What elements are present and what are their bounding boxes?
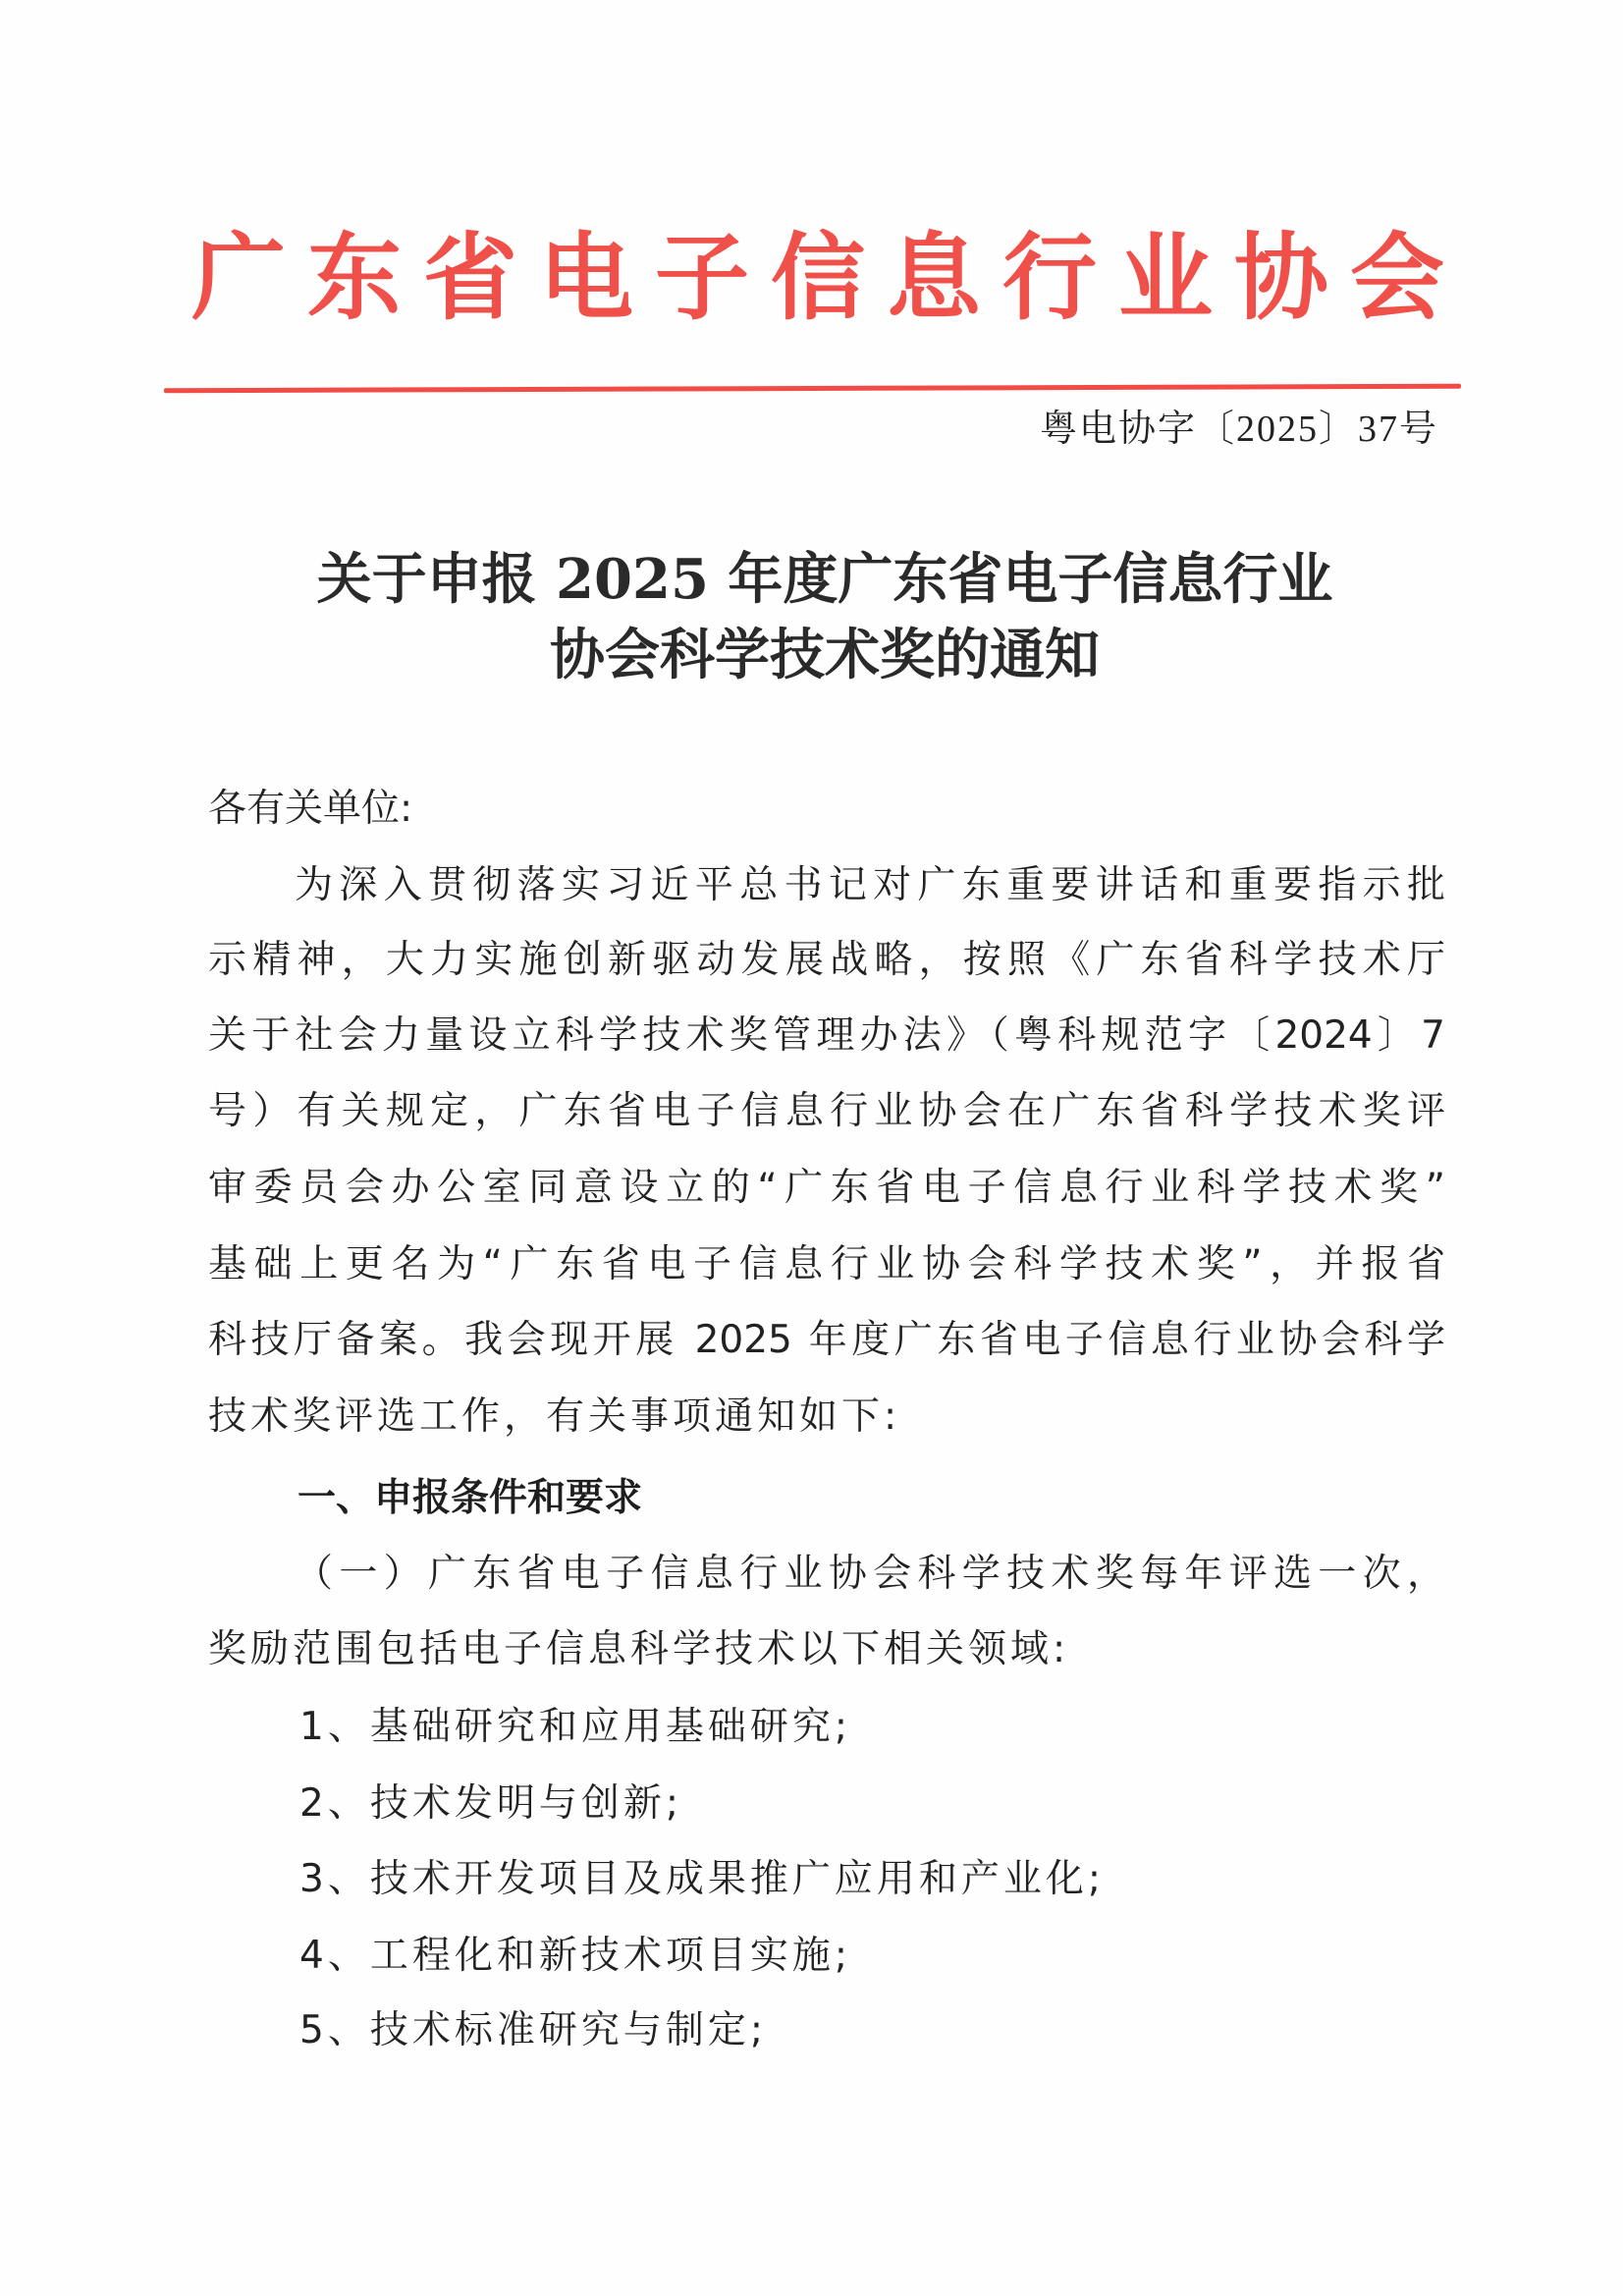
list-item: 5、技术标准研究与制定; (299, 2005, 767, 2056)
salutation: 各有关单位: (208, 784, 412, 835)
masthead-char: 东 (305, 224, 404, 332)
subsection-line: 奖励范围包括电子信息科学技术以下相关领域: (208, 1624, 1069, 1675)
masthead-char: 广 (189, 224, 288, 332)
paragraph-line: 基础上更名为“广东省电子信息行业协会科学技术奖”，并报省 (208, 1239, 1445, 1290)
list-item: 2、技术发明与创新; (299, 1778, 682, 1830)
paragraph-line: 示精神，大力实施创新驱动发展战略，按照《广东省科学技术厅 (208, 935, 1445, 986)
paragraph-line: 关于社会力量设立科学技术奖管理办法》（粤科规范字〔2024〕7 (208, 1011, 1445, 1062)
list-item: 4、工程化和新技术项目实施; (299, 1931, 851, 1982)
masthead-char: 会 (1348, 224, 1446, 332)
masthead-char: 省 (421, 224, 519, 332)
list-item: 1、基础研究和应用基础研究; (299, 1702, 851, 1753)
section-heading: 一、申报条件和要求 (298, 1473, 642, 1524)
masthead-char: 行 (1001, 224, 1099, 332)
subsection-line: （一）广东省电子信息行业协会科学技术奖每年评选一次， (295, 1549, 1445, 1600)
notice-title-line-2: 协会科学技术奖的通知 (520, 623, 1129, 687)
masthead-char: 电 (537, 224, 635, 332)
notice-title-line-1: 关于申报 2025 年度广东省电子信息行业 (295, 547, 1355, 612)
red-header-rule (164, 384, 1461, 394)
masthead-char: 息 (885, 224, 983, 332)
masthead-char: 信 (769, 224, 867, 332)
masthead-char: 子 (653, 224, 751, 332)
document-page: 广 东 省 电 子 信 息 行 业 协 会 粤电协字〔2025〕37号 关于申报… (0, 0, 1623, 2296)
paragraph-line: 科技厅备案。我会现开展 2025 年度广东省电子信息行业协会科学 (208, 1315, 1445, 1366)
masthead-char: 协 (1232, 224, 1330, 332)
list-item: 3、技术开发项目及成果推广应用和产业化; (299, 1854, 1105, 1905)
paragraph-line: 技术奖评选工作，有关事项通知如下: (208, 1392, 900, 1443)
masthead-org-name: 广 东 省 电 子 信 息 行 业 协 会 (189, 224, 1446, 332)
paragraph-line: 审委员会办公室同意设立的“广东省电子信息行业科学技术奖” (208, 1163, 1445, 1214)
paragraph-line: 号）有关规定，广东省电子信息行业协会在广东省科学技术奖评 (208, 1086, 1445, 1137)
masthead-char: 业 (1116, 224, 1215, 332)
paragraph-line: 为深入贯彻落实习近平总书记对广东重要讲话和重要指示批 (295, 860, 1445, 911)
document-number: 粤电协字〔2025〕37号 (997, 407, 1438, 452)
